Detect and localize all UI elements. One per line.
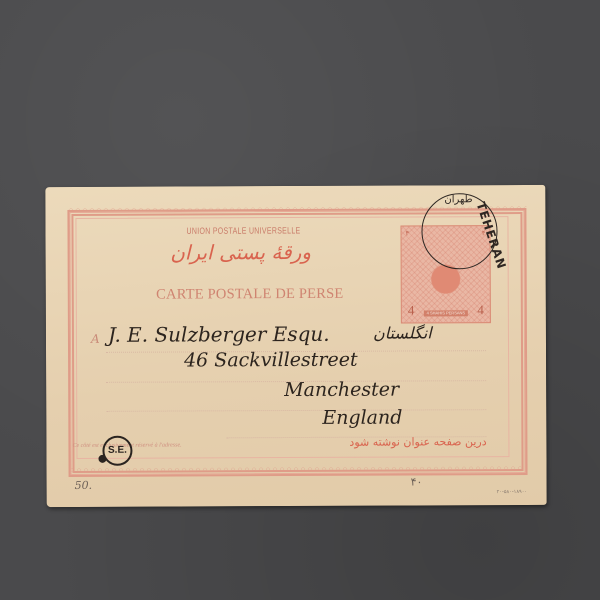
footer-persian-note: درین صفحه عنوان نوشته شود [349, 435, 486, 449]
postcard: UNION POSTALE UNIVERSELLE ورقهٔ پستی ایر… [45, 185, 546, 507]
recipient-country-persian: انگلستان [373, 323, 432, 342]
upu-header: UNION POSTALE UNIVERSELLE [173, 227, 313, 237]
stamp-corner-left: ۴ [405, 230, 409, 238]
stamp-value-label: 4 SHAHIS PERSANS [424, 310, 468, 316]
postmark-persian-text: طهران [444, 194, 472, 205]
stamp-value-right: 4 [477, 302, 484, 318]
ink-blot [98, 455, 106, 463]
stamp-value-left: 4 [408, 302, 415, 318]
recipient-city: Manchester [284, 379, 399, 402]
se-cancellation-mark: S.E. [102, 436, 132, 466]
address-prefix: A [91, 332, 100, 346]
recipient-name: J. E. Sulzberger Esqu. [108, 322, 330, 347]
teheran-postmark: طهران TEHERAN [421, 193, 497, 269]
recipient-country: England [322, 407, 402, 429]
recipient-street: 46 Sackvillestreet [184, 349, 358, 372]
persian-title: ورقهٔ پستی ایران [156, 240, 326, 265]
pencil-note-left: 50. [75, 479, 93, 492]
pencil-note-right: ۴۰ [411, 475, 423, 488]
pencil-note-corner: ۲۰-۵۸۰-۱۸۹۰۰ [497, 489, 527, 495]
french-title: CARTE POSTALE DE PERSE [120, 286, 380, 304]
